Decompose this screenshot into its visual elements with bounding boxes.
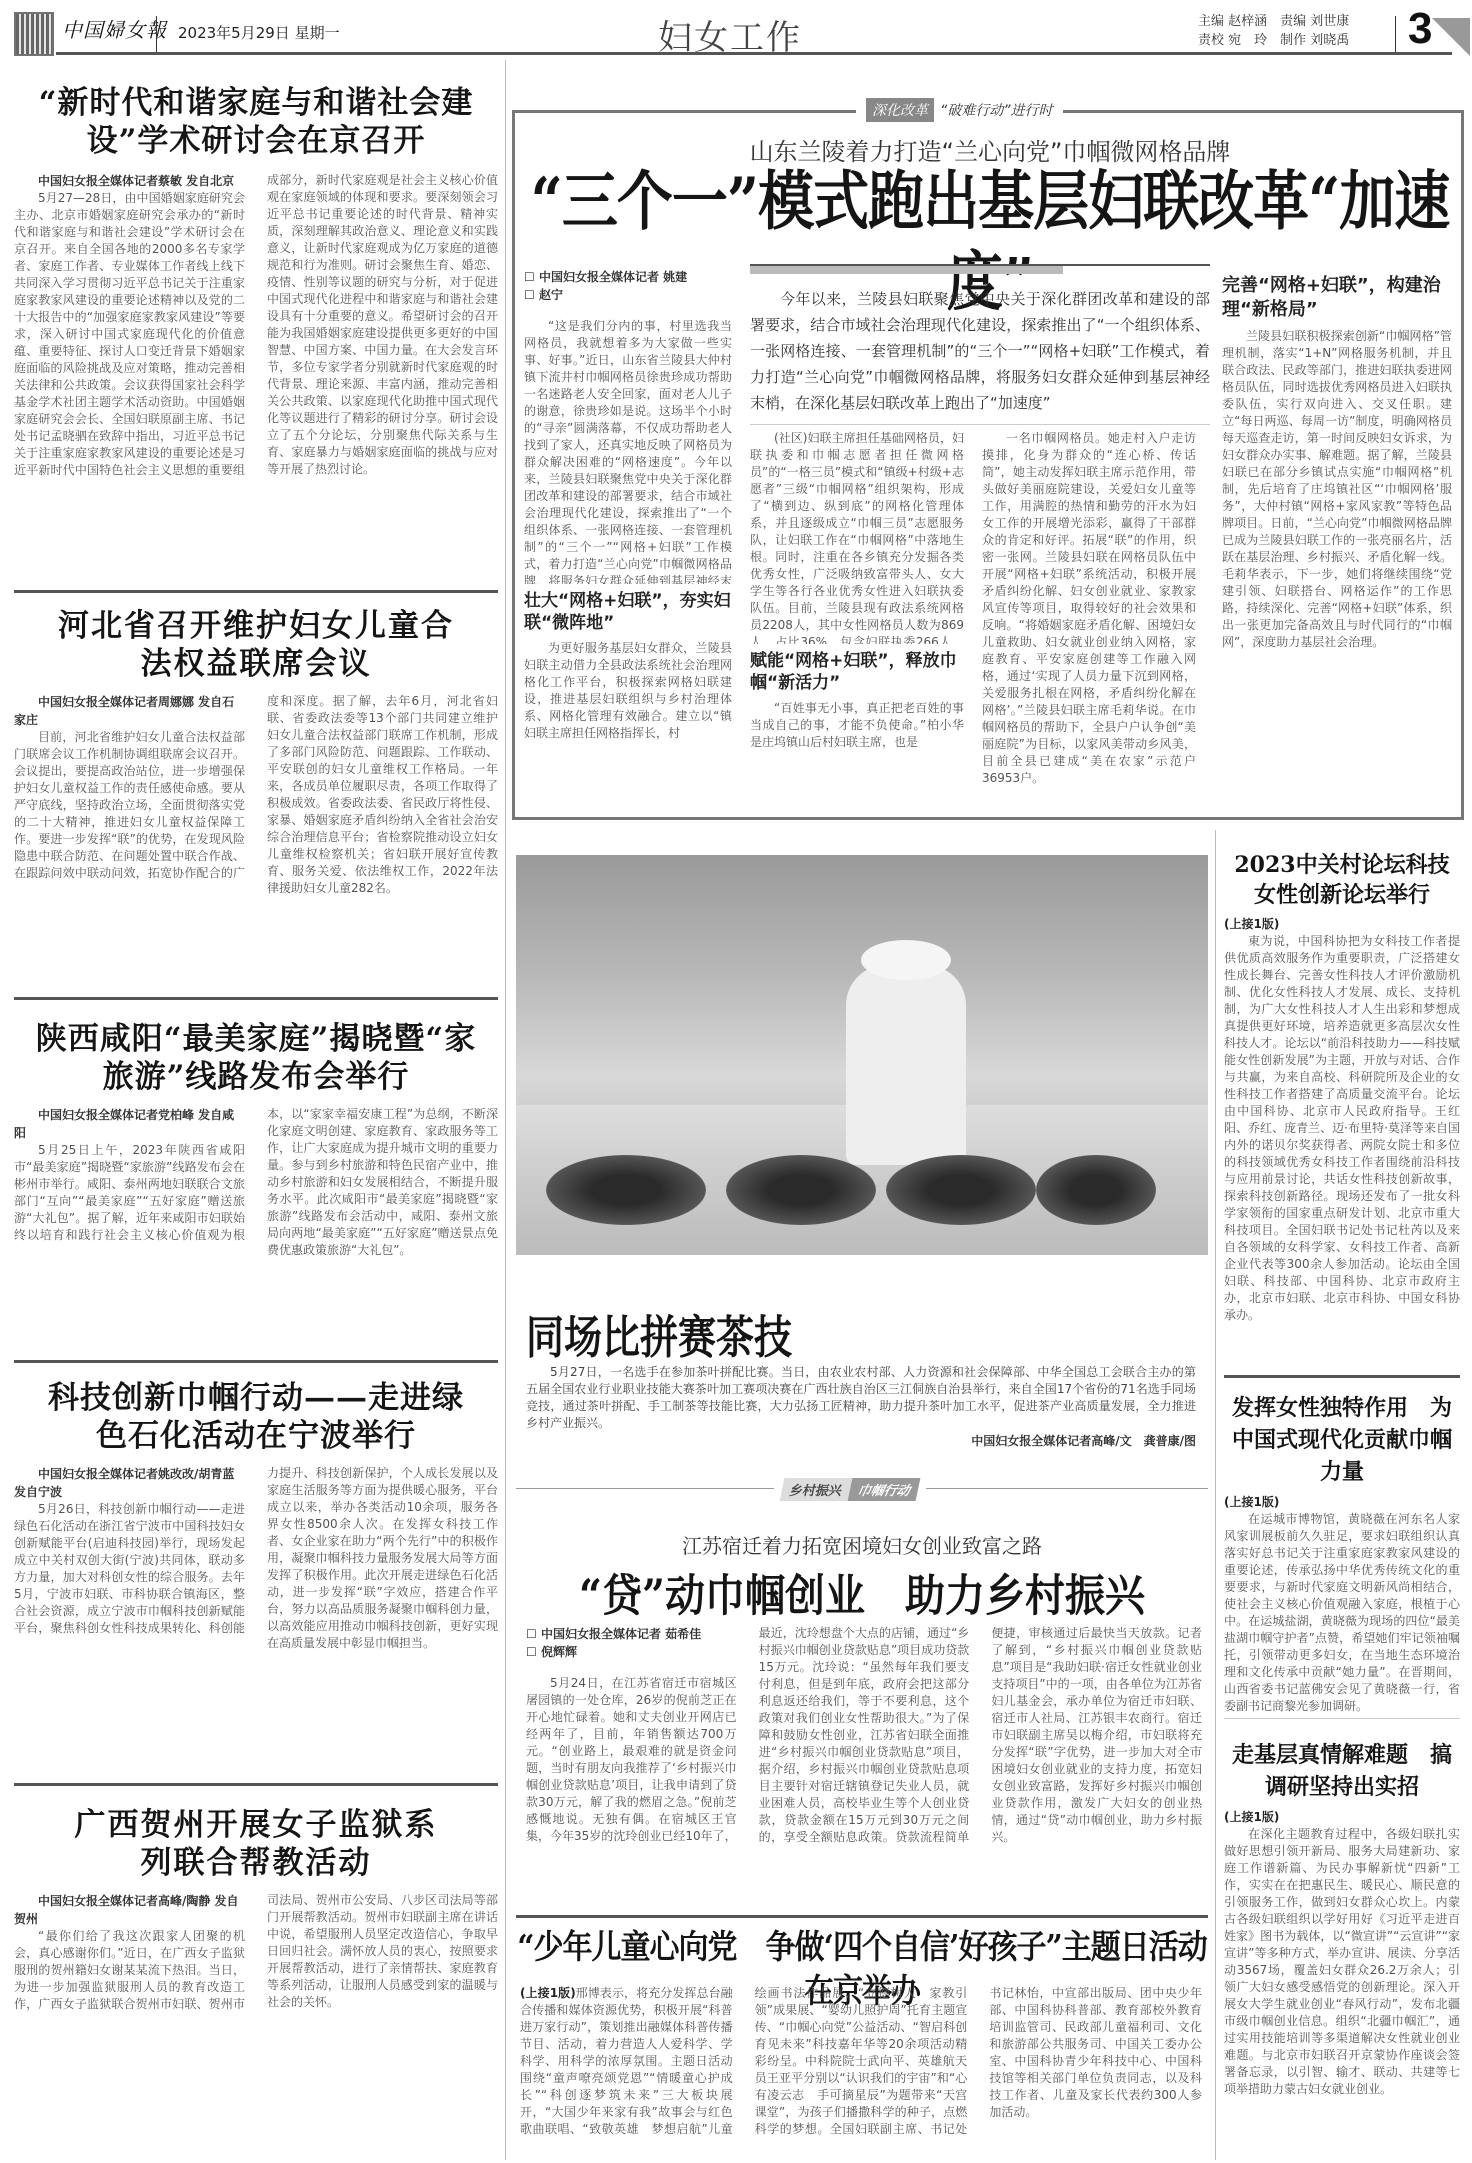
rural-kicker: 江苏宿迁着力拓宽困境妇女创业致富之路 (516, 1530, 1208, 1559)
tag-secondary: 巾帼行动 (848, 1478, 921, 1501)
article-title: 2023中关村论坛科技女性创新论坛举行 (1234, 850, 1450, 910)
rural-byline-1: 中国妇女报全媒体记者 茹希佳 (541, 1627, 701, 1641)
feature-column-4: 完善“网格+妇联”，构建治理“新格局” 兰陵县妇联积极探索创新“巾帼网格”管理机… (1222, 268, 1452, 813)
children-body: 邢博表示，将充分发挥总台融合传播和媒体资源优势，积极开展“科普进万家行动”，策划… (520, 1986, 1202, 2136)
feature-byline-1: 中国妇女报全媒体记者 姚建 (539, 270, 687, 284)
masthead-rule (56, 52, 1452, 55)
lead-in: (上接1版) (1224, 917, 1279, 931)
article-title: “新时代和谐家庭与和谐社会建设”学术研讨会在京召开 (14, 84, 498, 160)
checkbox-bullet-icon: ☐ (526, 1627, 541, 1641)
feature-subhead-1: 壮大“网格+妇联”，夯实妇联“微阵地” (524, 590, 732, 634)
photo-hat (861, 940, 951, 980)
article-title: 广西贺州开展女子监狱系列联合帮教活动 (74, 1806, 438, 1882)
feature-section-tag: 深化改革 “破难行动”进行时 (856, 98, 1063, 122)
rural-title: “贷”动巾帼创业 助力乡村振兴 (516, 1570, 1208, 1623)
article-title: 走基层真情解难题 搞调研坚持出实招 (1230, 1739, 1454, 1803)
article-byline: 中国妇女报全媒体记者高峰/陶静 发自贺州 (14, 1892, 245, 1928)
feature-body-1b: 为更好服务基层妇女群众，兰陵县妇联主动借力全县政法系统社会治理网格化工作平台，积… (524, 640, 732, 742)
lead-rule (750, 264, 1210, 274)
article-title: 河北省召开维护妇女儿童合法权益联席会议 (44, 607, 468, 683)
tea-competition-photo[interactable] (516, 855, 1208, 1255)
lead-in: (上接1版) (1224, 1495, 1279, 1509)
feature-byline-2: 赵宁 (539, 288, 563, 302)
article-title: 发挥女性独特作用 为中国式现代化贡献巾帼力量 (1224, 1392, 1460, 1488)
article-byline: 中国妇女报全媒体记者党柏峰 发自咸阳 (14, 1106, 245, 1142)
feature-subhead-2: 赋能“网格+妇联”，释放巾帼“新活力” (750, 650, 964, 694)
article-body: 在运城市博物馆，黄晓薇在河东名人家风家训展板前久久驻足，要求妇联组织认真落实好总… (1224, 1511, 1460, 1715)
divider (1395, 16, 1396, 52)
photo-credit: 中国妇女报全媒体记者高峰/文 龚普康/图 (526, 1432, 1196, 1449)
masthead: 中国婦女報 2023年5月29日 星期一 妇女工作 主编 赵梓涵 责编 刘世康 … (0, 0, 1472, 56)
feature-column-2: (社区)妇联主席担任基础网格员，妇联执委和巾帼志愿者担任微网格员”的“一格三员”… (750, 430, 964, 810)
feature-body-4: 兰陵县妇联积极探索创新“巾帼网格”管理机制，落实“1+N”网格服务机制，并且联合… (1222, 328, 1452, 651)
children-article-body[interactable]: (上接1版)邢博表示，将充分发挥总台融合传播和媒体资源优势，积极开展“科普进万家… (520, 1985, 1202, 2163)
article-xianyang-family[interactable]: 陕西咸阳“最美家庭”揭晓暨“家旅游”线路发布会举行 中国妇女报全媒体记者党柏峰 … (14, 1000, 498, 1360)
article-byline: 中国妇女报全媒体记者姚改改/胡青蓝 发自宁波 (14, 1465, 245, 1501)
feature-column-1: ☐ 中国妇女报全媒体记者 姚建 ☐ 赵宁 “这是我们分内的事，村里选我当网格员，… (524, 268, 732, 750)
article-title: 陕西咸阳“最美家庭”揭晓暨“家旅游”线路发布会举行 (34, 1020, 478, 1096)
article-byline: 中国妇女报全媒体记者蔡敏 发自北京 (14, 172, 245, 190)
checkbox-bullet-icon: ☐ (524, 270, 539, 284)
divider (156, 16, 157, 52)
article-womens-role[interactable]: 发挥女性独特作用 为中国式现代化贡献巾帼力量 (上接1版) 在运城市博物馆，黄晓… (1224, 1378, 1460, 1718)
tag-primary: 乡村振兴 (780, 1478, 853, 1501)
newspaper-logo: 中国婦女報 (62, 14, 167, 43)
article-hebei-meeting[interactable]: 河北省召开维护妇女儿童合法权益联席会议 中国妇女报全媒体记者周娜娜 发自石家庄 … (14, 593, 498, 997)
feature-body-2: (社区)妇联主席担任基础网格员，妇联执委和巾帼志愿者担任微网格员”的“一格三员”… (750, 430, 964, 644)
lead-in: (上接1版) (520, 1986, 576, 2000)
rural-byline-2: 倪辉辉 (541, 1645, 577, 1659)
page-corner-triangle-icon (1432, 18, 1470, 56)
checkbox-bullet-icon: ☐ (524, 288, 539, 302)
photo-caption: 5月27日，一名选手在参加茶叶拼配比赛。当日，由农业农村部、人力资源和社会保障部… (526, 1364, 1196, 1449)
feature-body-2b: “百姓事无小事，真正把老百姓的事当成自己的事，才能不负使命。”柏小华是庄坞镇山后… (750, 700, 964, 751)
article-hezhou-prison[interactable]: 广西贺州开展女子监狱系列联合帮教活动 中国妇女报全媒体记者高峰/陶静 发自贺州 … (14, 1786, 498, 2116)
column-divider (505, 60, 506, 2160)
lead-in: (上接1版) (1224, 1810, 1279, 1824)
right-sidebar: 2023中关村论坛科技女性创新论坛举行 (上接1版) 東为说，中国科协把为女科技… (1224, 850, 1460, 2159)
feature-lead: 今年以来，兰陵县妇联聚焦党中央关于深化群团改革和建设的部署要求，结合市域社会治理… (750, 264, 1210, 425)
article-title: 科技创新巾帼行动——走进绿色石化活动在宁波举行 (34, 1379, 478, 1455)
article-body: 東为说，中国科协把为女科技工作者提供优质高效服务作为重要职责，广泛搭建女性成长舞… (1224, 933, 1460, 1324)
photo-caption-text: 5月27日，一名选手在参加茶叶拼配比赛。当日，由农业农村部、人力资源和社会保障部… (526, 1364, 1196, 1432)
feature-body-1: “这是我们分内的事，村里选我当网格员，我就想着多为大家做一些实事、好事。”近日，… (524, 318, 732, 584)
divider (516, 1915, 1208, 1918)
feature-lead-text: 今年以来，兰陵县妇联聚焦党中央关于深化群团改革和建设的部署要求，结合市域社会治理… (750, 286, 1210, 416)
feature-subhead-3: 完善“网格+妇联”，构建治理“新格局” (1222, 274, 1452, 322)
photo-story-title: 同场比拼赛茶技 (526, 1300, 792, 1366)
editor-credits: 主编 赵梓涵 责编 刘世康 责校 宛 玲 制作 刘晓禹 (1198, 12, 1349, 50)
rural-section-tag: 乡村振兴 巾帼行动 (774, 1478, 926, 1501)
tag-primary: 深化改革 (866, 98, 934, 122)
article-body: 在深化主题教育过程中，各级妇联扎实做好思想引领开新局、服务大局建新功、家庭工作谱… (1224, 1826, 1460, 2098)
article-byline: 中国妇女报全媒体记者周娜娜 发自石家庄 (14, 693, 245, 729)
feature-column-3: 一名巾帼网格员。她走村入户走访摸排，化身为群众的“连心桥、传话筒”，她主动发挥妇… (982, 430, 1196, 810)
article-zhongguancun-forum[interactable]: 2023中关村论坛科技女性创新论坛举行 (上接1版) 東为说，中国科协把为女科技… (1224, 850, 1460, 1375)
issue-date: 2023年5月29日 星期一 (178, 22, 340, 43)
article-body: 5月27—28日，由中国婚姻家庭研究会主办、北京市婚姻家庭研究会承办的“新时代和… (14, 172, 498, 479)
page-number: 3 (1408, 4, 1432, 54)
rural-article-body[interactable]: ☐ 中国妇女报全媒体记者 茹希佳 ☐ 倪辉辉 5月24日，在江苏省宿迁市宿城区屠… (526, 1625, 1202, 1895)
article-ningbo-tech[interactable]: 科技创新巾帼行动——走进绿色石化活动在宁波举行 中国妇女报全媒体记者姚改改/胡青… (14, 1363, 498, 1783)
feature-body-3: 一名巾帼网格员。她走村入户走访摸排，化身为群众的“连心桥、传话筒”，她主动发挥妇… (982, 430, 1196, 787)
tag-secondary: “破难行动”进行时 (940, 100, 1053, 120)
left-column: “新时代和谐家庭与和谐社会建设”学术研讨会在京召开 中国妇女报全媒体记者蔡敏 发… (14, 60, 498, 2116)
checkbox-bullet-icon: ☐ (526, 1645, 541, 1659)
qr-code-icon[interactable] (14, 12, 54, 56)
column-divider (1215, 830, 1216, 2160)
photo-contestant (846, 965, 966, 1165)
article-family-seminar[interactable]: “新时代和谐家庭与和谐社会建设”学术研讨会在京召开 中国妇女报全媒体记者蔡敏 发… (14, 60, 498, 590)
article-grassroots-research[interactable]: 走基层真情解难题 搞调研坚持出实招 (上接1版) 在深化主题教育过程中，各级妇联… (1224, 1719, 1460, 2159)
